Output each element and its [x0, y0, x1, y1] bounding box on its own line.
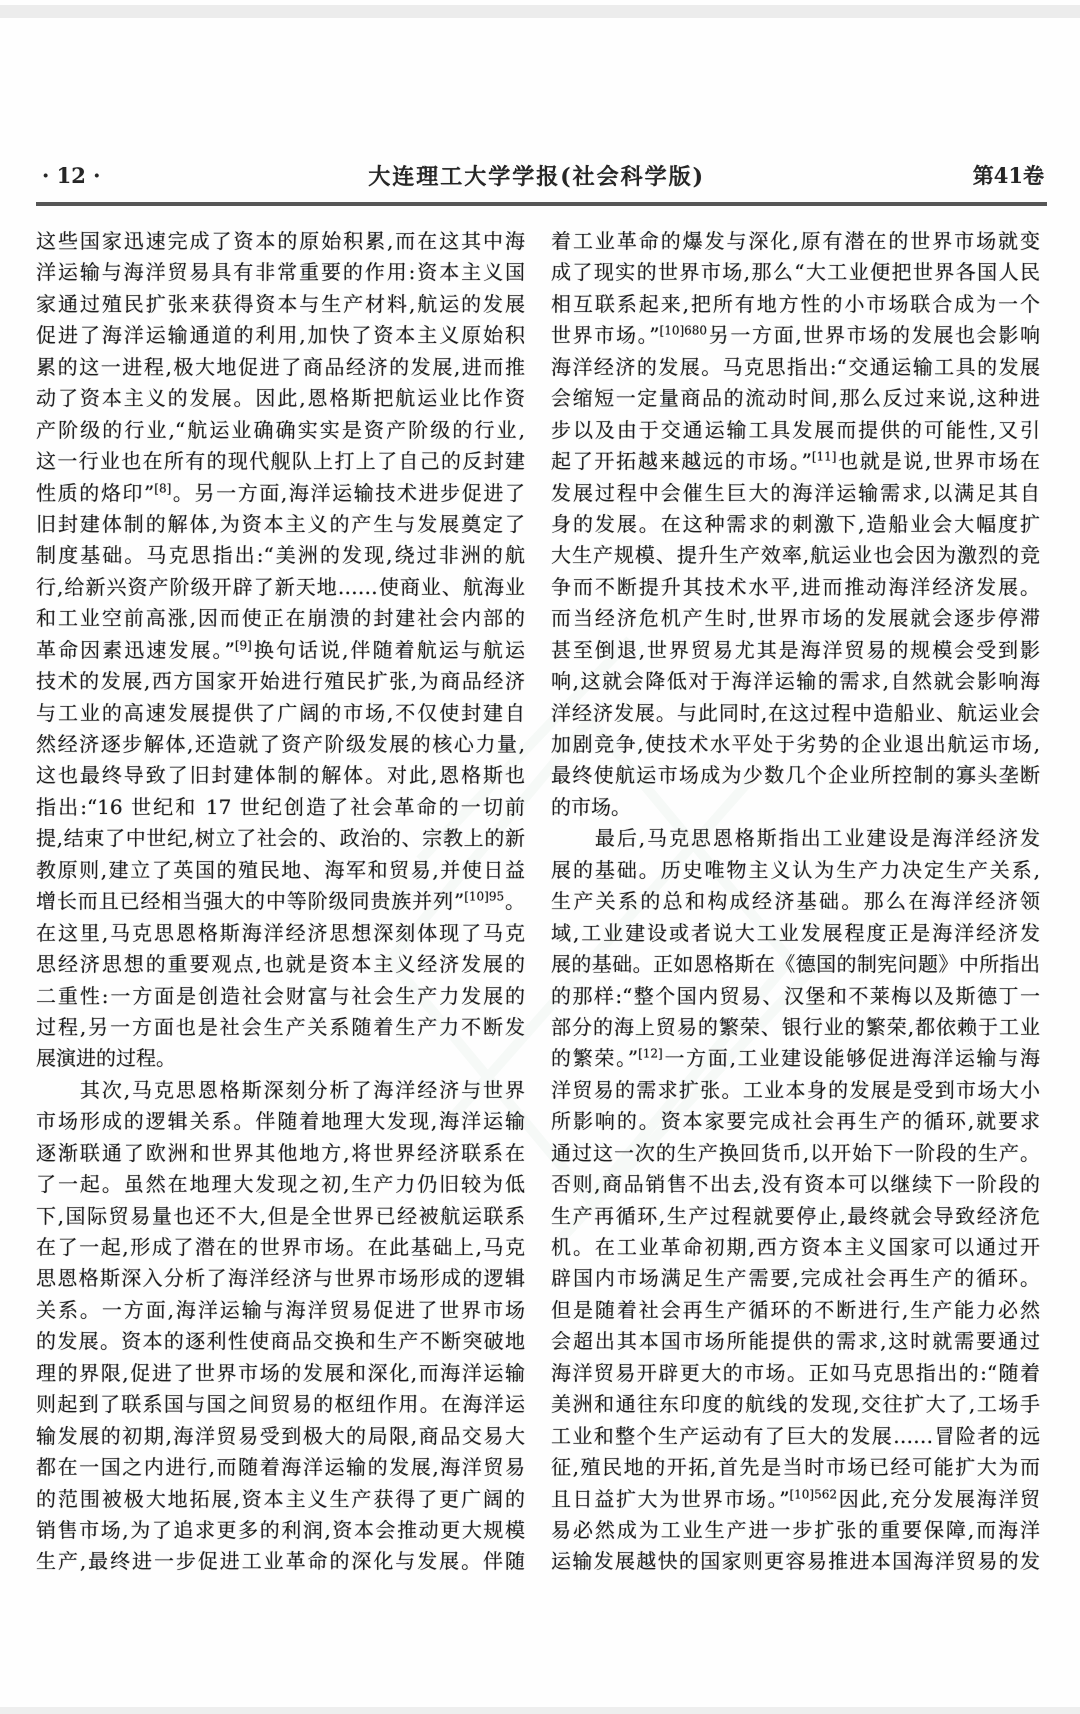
- text-line: 会缩短一定量商品的流动时间,那么反过来说,这种进: [551, 383, 1040, 414]
- article-body: 这些国家迅速完成了资本的原始积累,而在这其中海洋运输与海洋贸易具有非常重要的作用…: [36, 226, 1040, 1578]
- text-line: 指出:“16 世纪和 17 世纪创造了社会革命的一切前: [36, 792, 525, 823]
- page-header: · 12 · 大连理工大学学报(社会科学版) 第41卷: [42, 155, 1044, 195]
- text-line: 和工业空前高涨,因而使正在崩溃的封建社会内部的: [36, 603, 525, 634]
- text-line: 逐渐联通了欧洲和世界其他地方,将世界经济联系在: [36, 1138, 525, 1169]
- text-line: 工业和整个生产运动有了巨大的发展……冒险者的远: [551, 1421, 1040, 1452]
- text-line: 这也最终导致了旧封建体制的解体。对此,恩格斯也: [36, 760, 525, 791]
- text-line: 其次,马克思恩格斯深刻分析了海洋经济与世界: [36, 1075, 525, 1106]
- text-line: 着工业革命的爆发与深化,原有潜在的世界市场就变: [551, 226, 1040, 257]
- text-line: 下,国际贸易量也还不大,但是全世界已经被航运联系: [36, 1201, 525, 1232]
- scan-top-edge: [0, 5, 1080, 18]
- text-line: 这一行业也在所有的现代舰队上打上了自己的反封建: [36, 446, 525, 477]
- text-line: 身的发展。在这种需求的刺激下,造船业会大幅度扩: [551, 509, 1040, 540]
- journal-page: · 12 · 大连理工大学学报(社会科学版) 第41卷 这些国家迅速完成了资本的…: [0, 0, 1080, 1714]
- text-line: 旧封建体制的解体,为资本主义的产生与发展奠定了: [36, 509, 525, 540]
- text-line: 征,殖民地的开拓,首先是当时市场已经可能扩大为而: [551, 1452, 1040, 1483]
- text-line: 制度基础。马克思指出:“美洲的发现,绕过非洲的航: [36, 540, 525, 571]
- text-line: 的范围被极大地拓展,资本主义生产获得了更广阔的: [36, 1484, 525, 1515]
- text-line: 思恩格斯深入分析了海洋经济与世界市场形成的逻辑: [36, 1263, 525, 1294]
- text-line: 成了现实的世界市场,那么“大工业便把世界各国人民: [551, 257, 1040, 288]
- text-line: 海洋经济的发展。马克思指出:“交通运输工具的发展: [551, 352, 1040, 383]
- text-line: 这些国家迅速完成了资本的原始积累,而在这其中海: [36, 226, 525, 257]
- text-line: 的市场。: [551, 792, 1040, 823]
- text-line: 提,结束了中世纪,树立了社会的、政治的、宗教上的新: [36, 823, 525, 854]
- volume-label: 第41卷: [973, 160, 1044, 190]
- text-line: 机。在工业革命初期,西方资本主义国家可以通过开: [551, 1232, 1040, 1263]
- header-rule: [36, 202, 1047, 206]
- text-line: 加剧竞争,使技术水平处于劣势的企业退出航运市场,: [551, 729, 1040, 760]
- text-line: 销售市场,为了追求更多的利润,资本会推动更大规模: [36, 1515, 525, 1546]
- text-line: 教原则,建立了英国的殖民地、海军和贸易,并使日益: [36, 855, 525, 886]
- text-line: 生产关系的总和构成经济基础。那么在海洋经济领: [551, 886, 1040, 917]
- text-line: 的那样:“整个国内贸易、汉堡和不莱梅以及斯德丁一: [551, 981, 1040, 1012]
- text-line: 步以及由于交通运输工具发展而提供的可能性,又引: [551, 415, 1040, 446]
- text-line: 洋经济发展。与此同时,在这过程中造船业、航运业会: [551, 698, 1040, 729]
- text-line: 展的基础。正如恩格斯在《德国的制宪问题》中所指出: [551, 949, 1040, 980]
- text-line: 市场形成的逻辑关系。伴随着地理大发现,海洋运输: [36, 1106, 525, 1137]
- right-column: 着工业革命的爆发与深化,原有潜在的世界市场就变成了现实的世界市场,那么“大工业便…: [551, 226, 1040, 1578]
- text-line: 输发展的初期,海洋贸易受到极大的局限,商品交易大: [36, 1421, 525, 1452]
- page-number: · 12 ·: [42, 163, 100, 188]
- text-line: 而当经济危机产生时,世界市场的发展就会逐步停滞: [551, 603, 1040, 634]
- text-line: 革命因素迅速发展。”[9]换句话说,伴随着航运与航运: [36, 635, 525, 666]
- text-line: 通过这一次的生产换回货币,以开始下一阶段的生产。: [551, 1138, 1040, 1169]
- text-line: 家通过殖民扩张来获得资本与生产材料,航运的发展: [36, 289, 525, 320]
- text-line: 理的界限,促进了世界市场的发展和深化,而海洋运输: [36, 1358, 525, 1389]
- text-line: 相互联系起来,把所有地方性的小市场联合成为一个: [551, 289, 1040, 320]
- text-line: 思经济思想的重要观点,也就是资本主义经济发展的: [36, 949, 525, 980]
- text-line: 美洲和通往东印度的航线的发现,交往扩大了,工场手: [551, 1389, 1040, 1420]
- text-line: 了一起。虽然在地理大发现之初,生产力仍旧较为低: [36, 1169, 525, 1200]
- text-line: 运输发展越快的国家则更容易推进本国海洋贸易的发: [551, 1546, 1040, 1577]
- text-line: 都在一国之内进行,而随着海洋运输的发展,海洋贸易: [36, 1452, 525, 1483]
- text-line: 生产再循环,生产过程就要停止,最终就会导致经济危: [551, 1201, 1040, 1232]
- text-line: 所影响的。资本家要完成社会再生产的循环,就要求: [551, 1106, 1040, 1137]
- text-line: 技术的发展,西方国家开始进行殖民扩张,为商品经济: [36, 666, 525, 697]
- text-line: 起了开拓越来越远的市场。”[11]也就是说,世界市场在: [551, 446, 1040, 477]
- text-line: 二重性:一方面是创造社会财富与社会生产力发展的: [36, 981, 525, 1012]
- text-line: 在这里,马克思恩格斯海洋经济思想深刻体现了马克: [36, 918, 525, 949]
- text-line: 世界市场。”[10]680另一方面,世界市场的发展也会影响: [551, 320, 1040, 351]
- text-line: 产阶级的行业,“航运业确确实实是资产阶级的行业,: [36, 415, 525, 446]
- text-line: 则起到了联系国与国之间贸易的枢纽作用。在海洋运: [36, 1389, 525, 1420]
- text-line: 域,工业建设或者说大工业发展程度正是海洋经济发: [551, 918, 1040, 949]
- text-line: 且日益扩大为世界市场。”[10]562因此,充分发展海洋贸: [551, 1484, 1040, 1515]
- text-line: 发展过程中会催生巨大的海洋运输需求,以满足其自: [551, 478, 1040, 509]
- text-line: 会超出其本国市场所能提供的需求,这时就需要通过: [551, 1326, 1040, 1357]
- left-column: 这些国家迅速完成了资本的原始积累,而在这其中海洋运输与海洋贸易具有非常重要的作用…: [36, 226, 525, 1578]
- text-line: 展的基础。历史唯物主义认为生产力决定生产关系,: [551, 855, 1040, 886]
- text-line: 响,这就会降低对于海洋运输的需求,自然就会影响海: [551, 666, 1040, 697]
- text-line: 行,给新兴资产阶级开辟了新天地……使商业、航海业: [36, 572, 525, 603]
- text-line: 关系。一方面,海洋运输与海洋贸易促进了世界市场: [36, 1295, 525, 1326]
- text-line: 最终使航运市场成为少数几个企业所控制的寡头垄断: [551, 760, 1040, 791]
- scan-bottom-edge: [0, 1707, 1080, 1714]
- journal-title: 大连理工大学学报(社会科学版): [368, 160, 705, 191]
- text-line: 与工业的高速发展提供了广阔的市场,不仅使封建自: [36, 698, 525, 729]
- text-line: 辟国内市场满足生产需要,完成社会再生产的循环。: [551, 1263, 1040, 1294]
- text-line: 在了一起,形成了潜在的世界市场。在此基础上,马克: [36, 1232, 525, 1263]
- text-line: 累的这一进程,极大地促进了商品经济的发展,进而推: [36, 352, 525, 383]
- text-line: 易必然成为工业生产进一步扩张的重要保障,而海洋: [551, 1515, 1040, 1546]
- text-line: 增长而且已经相当强大的中等阶级同贵族并列”[10]95。: [36, 886, 525, 917]
- text-line: 然经济逐步解体,还造就了资产阶级发展的核心力量,: [36, 729, 525, 760]
- text-line: 洋贸易的需求扩张。工业本身的发展是受到市场大小: [551, 1075, 1040, 1106]
- text-line: 动了资本主义的发展。因此,恩格斯把航运业比作资: [36, 383, 525, 414]
- text-line: 否则,商品销售不出去,没有资本可以继续下一阶段的: [551, 1169, 1040, 1200]
- text-line: 展演进的过程。: [36, 1043, 525, 1074]
- text-line: 但是随着社会再生产循环的不断进行,生产能力必然: [551, 1295, 1040, 1326]
- text-line: 洋运输与海洋贸易具有非常重要的作用:资本主义国: [36, 257, 525, 288]
- text-line: 的发展。资本的逐利性使商品交换和生产不断突破地: [36, 1326, 525, 1357]
- text-line: 最后,马克思恩格斯指出工业建设是海洋经济发: [551, 823, 1040, 854]
- text-line: 的繁荣。”[12]一方面,工业建设能够促进海洋运输与海: [551, 1043, 1040, 1074]
- text-line: 生产,最终进一步促进工业革命的深化与发展。伴随: [36, 1546, 525, 1577]
- text-line: 促进了海洋运输通道的利用,加快了资本主义原始积: [36, 320, 525, 351]
- text-line: 过程,另一方面也是社会生产关系随着生产力不断发: [36, 1012, 525, 1043]
- text-line: 海洋贸易开辟更大的市场。正如马克思指出的:“随着: [551, 1358, 1040, 1389]
- text-line: 部分的海上贸易的繁荣、银行业的繁荣,都依赖于工业: [551, 1012, 1040, 1043]
- text-line: 甚至倒退,世界贸易尤其是海洋贸易的规模会受到影: [551, 635, 1040, 666]
- text-line: 性质的烙印”[8]。另一方面,海洋运输技术进步促进了: [36, 478, 525, 509]
- text-line: 大生产规模、提升生产效率,航运业也会因为激烈的竞: [551, 540, 1040, 571]
- text-line: 争而不断提升其技术水平,进而推动海洋经济发展。: [551, 572, 1040, 603]
